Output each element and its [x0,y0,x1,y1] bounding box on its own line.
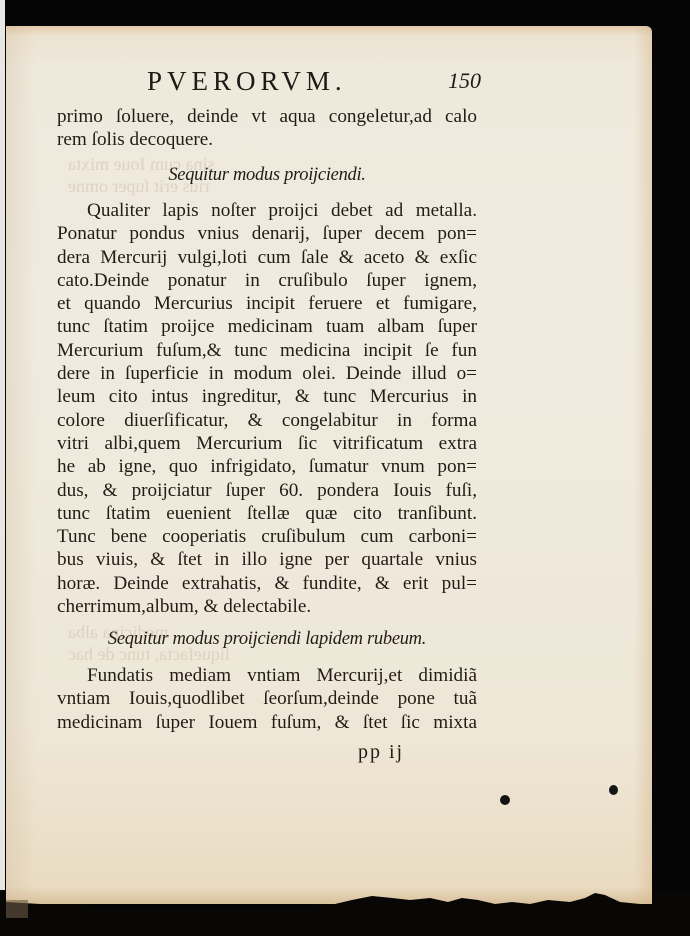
running-head: PVERORVM. [147,66,347,97]
text-line: medicinam ſuper Iouem fuſum, & ſtet ſic … [57,711,477,734]
text-line: Fundatis mediam vntiam Mercurij,et dimid… [57,664,477,687]
text-line: dere in ſuperficie in modum olei. Deinde… [57,362,477,385]
signature-mark: pp ij [358,741,404,764]
paragraph-1: primo ſoluere, deinde vt aqua congeletur… [57,105,477,152]
torn-page-edge [0,890,690,936]
subheading-projection: Sequitur modus proijciendi. [57,165,477,186]
text-line: he ab igne, quo infrigidato, ſumatur vnu… [57,455,477,478]
text-line: dus, & proijciatur ſuper 60. pondera Iou… [57,479,477,502]
folio-page-number: 150 [448,68,481,94]
paragraph-2: Qualiter lapis noſter proijci debet ad m… [57,199,477,618]
text-line: Ponatur pondus vnius denarij, ſuper dece… [57,222,477,245]
text-line: dera Mercurij vulgi,loti cum ſale & acet… [57,246,477,269]
text-line: cherrimum,album, & delectabile. [57,595,477,618]
text-line: Qualiter lapis noſter proijci debet ad m… [57,199,477,222]
text-line: Tunc bene cooperiatis cruſibulum cum car… [57,525,477,548]
text-line: rem ſolis decoquere. [57,128,477,151]
text-line: leum cito intus ingreditur, & tunc Mercu… [57,385,477,408]
text-line: et quando Mercurius incipit feruere et f… [57,292,477,315]
paragraph-3: Fundatis mediam vntiam Mercurij,et dimid… [57,664,477,734]
scan-edge-strip [0,0,5,936]
ink-spot [609,785,618,795]
text-line: primo ſoluere, deinde vt aqua congeletur… [57,105,477,128]
text-line: tunc ſtatim proijce medicinam tuam albam… [57,315,477,338]
text-line: cato.Deinde ponatur in cruſibulo ſuper i… [57,269,477,292]
text-line: Mercurium fuſum,& tunc medicina incipit … [57,339,477,362]
text-line: colore diuerſificatur, & congelabitur in… [57,409,477,432]
ink-spot [500,795,510,805]
text-line: tunc ſtatim euenient ſtellæ quæ cito tra… [57,502,477,525]
subheading-red-stone: Sequitur modus proijciendi lapidem rubeu… [57,629,477,650]
text-line: bus viuis, & ſtet in illo igne per quart… [57,548,477,571]
text-line: vntiam Iouis,quodlibet ſeorſum,deinde po… [57,687,477,710]
text-line: vitri albi,quem Mercurium ſic vitrificat… [57,432,477,455]
text-line: horæ. Deinde extrahatis, & fundite, & er… [57,572,477,595]
